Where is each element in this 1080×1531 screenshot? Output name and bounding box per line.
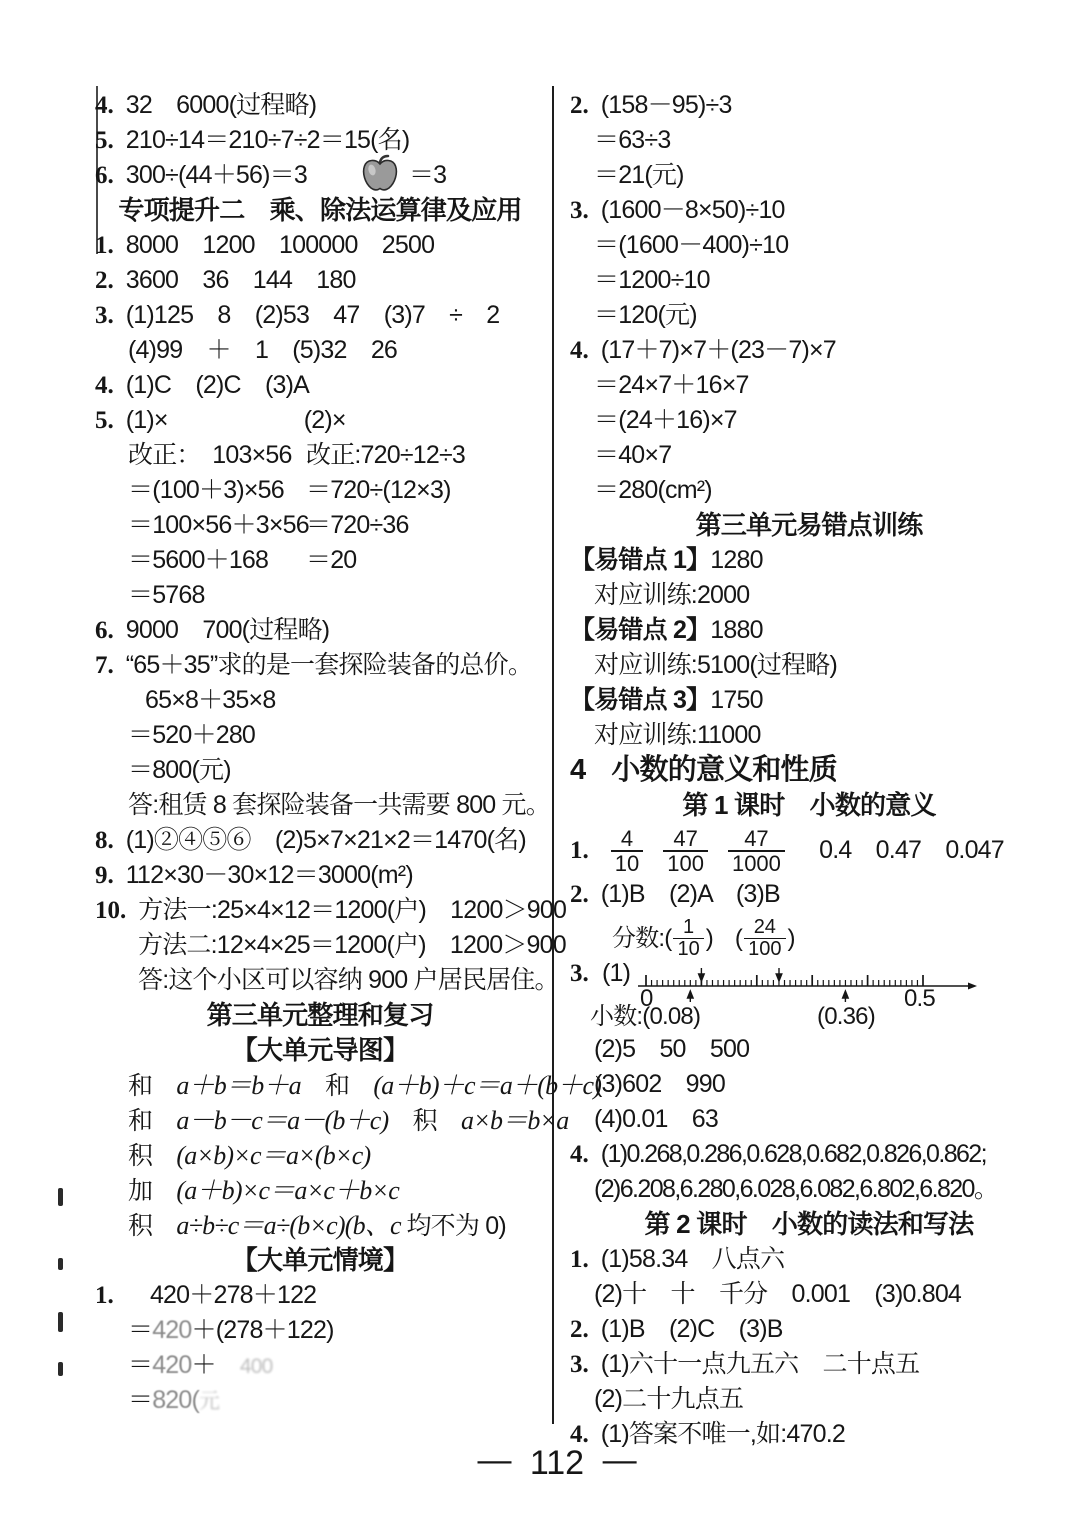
text-segment: 对应训练:11000 bbox=[594, 721, 761, 749]
page-number-dash: — bbox=[603, 1441, 637, 1479]
item-number: 3. bbox=[95, 302, 114, 329]
item-number: 5. bbox=[95, 127, 114, 154]
answer-line: 8.(1)②④⑤⑥ (2)5×7×21×2＝1470(名) bbox=[95, 823, 545, 858]
decimal-prefix-label: 小数: bbox=[590, 1003, 642, 1030]
answer-line: 对应训练:11000 bbox=[570, 718, 1048, 753]
answer-line: 对应训练:5100(过程略) bbox=[570, 648, 1048, 683]
answer-line: 和 a－b－c＝a－(b＋c) 积 a×b＝b×a bbox=[95, 1103, 545, 1138]
column-divider bbox=[552, 86, 554, 1424]
paren: ) bbox=[706, 921, 713, 956]
answer-line: ＝420＋(278＋122) bbox=[95, 1313, 545, 1348]
item-number: 5. bbox=[95, 407, 114, 434]
answer-line: 6.300÷(44＋56)＝3 ＝3 bbox=[95, 158, 545, 193]
text-segment: 0.4 0.47 0.047 bbox=[795, 836, 1004, 864]
text-segment: 对应训练:5100(过程略) bbox=[594, 651, 837, 679]
text-segment: 改正： 103×56 bbox=[128, 438, 306, 473]
text-segment: a＋b＝b＋a bbox=[176, 1071, 300, 1100]
section-heading: 专项提升二 乘、除法运算律及应用 bbox=[95, 193, 545, 228]
number-line-diagram: 3. (1) 分数:( 110 ) ( 24100 ) 0 0.5 小数:(0.… bbox=[570, 912, 1048, 1032]
chapter-title: 4小数的意义和性质 bbox=[570, 753, 1048, 788]
page-number: — 112 — bbox=[450, 1444, 664, 1483]
text-segment: 420 bbox=[152, 1351, 191, 1379]
text-segment: 【易错点 3】 bbox=[570, 686, 710, 714]
answer-line: ＝800(元) bbox=[95, 753, 545, 788]
text-segment: ＝280(cm²) bbox=[594, 476, 712, 504]
item-number: 4. bbox=[570, 1141, 589, 1168]
answer-line: 2.3600 36 144 180 bbox=[95, 263, 545, 298]
text-segment: (2)5 50 500 bbox=[594, 1035, 749, 1063]
error-point-line: 【易错点 2】1880 bbox=[570, 613, 1048, 648]
text-segment: (1)125 8 (2)53 47 (3)7 ÷ 2 bbox=[126, 301, 500, 329]
section-heading: 第三单元易错点训练 bbox=[570, 508, 1048, 543]
fraction: 110 bbox=[673, 917, 703, 960]
answer-line: 加 (a＋b)×c＝a×c＋b×c bbox=[95, 1173, 545, 1208]
text-segment: (17＋7)×7＋(23－7)×7 bbox=[601, 336, 836, 364]
answer-line: 3.(1600－8×50)÷10 bbox=[570, 193, 1048, 228]
text-segment: 积 bbox=[388, 1107, 461, 1135]
left-column: 4.32 6000(过程略)5.210÷14＝210÷7÷2＝15(名)6.30… bbox=[95, 88, 545, 1418]
answer-line: 4.32 6000(过程略) bbox=[95, 88, 545, 123]
text-segment: 第三单元易错点训练 bbox=[696, 510, 923, 540]
answer-line: 3.(1)125 8 (2)53 47 (3)7 ÷ 2 bbox=[95, 298, 545, 333]
text-segment: 专项提升二 乘、除法运算律及应用 bbox=[118, 195, 521, 225]
text-segment: ＝120(元) bbox=[594, 301, 697, 329]
text-segment: 【易错点 2】 bbox=[570, 616, 710, 644]
text-segment: (1)58.34 八点六 bbox=[601, 1245, 785, 1273]
answer-line: 4.(1)0.268,0.286,0.628,0.682,0.826,0.862… bbox=[570, 1137, 1048, 1172]
right-column-bottom: (2)5 50 500(3)602 990(4)0.01 634.(1)0.26… bbox=[570, 1032, 1048, 1452]
text-segment: (3)602 990 bbox=[594, 1070, 725, 1098]
text-segment: (2)二十九点五 bbox=[594, 1385, 743, 1413]
text-segment: ＝(100＋3)×56 bbox=[128, 473, 306, 508]
text-segment: ＝5600＋168 bbox=[128, 543, 306, 578]
item-number: 2. bbox=[570, 92, 589, 119]
item-number: 3. bbox=[570, 956, 589, 991]
item-number: 10. bbox=[95, 897, 126, 924]
text-segment: 方法一:25×4×12＝1200(户) 1200＞900 bbox=[138, 896, 566, 924]
text-segment: (4)0.01 63 bbox=[594, 1105, 718, 1133]
text-segment: 300÷(44＋56)＝3 bbox=[126, 161, 307, 189]
item-number: 6. bbox=[95, 162, 114, 189]
text-segment: (1)B (2)A (3)B bbox=[601, 880, 780, 908]
right-column-top: 2.(158－95)÷3＝63÷3＝21(元)3.(1600－8×50)÷10＝… bbox=[570, 88, 1048, 912]
text-segment: ＋ bbox=[192, 1351, 240, 1379]
text-segment: 【易错点 1】 bbox=[570, 546, 710, 574]
item-number: 1. bbox=[95, 232, 114, 259]
scan-artifact bbox=[58, 1312, 63, 1332]
text-segment: 1880 bbox=[710, 616, 762, 644]
text-segment: ＋(278＋122) bbox=[192, 1316, 334, 1344]
text-segment: 和 bbox=[128, 1072, 176, 1100]
text-segment: 9000 700(过程略) bbox=[126, 616, 330, 644]
answer-line: (4)99 ＋ 1 (5)32 26 bbox=[95, 333, 545, 368]
answer-line: ＝(100＋3)×56＝720÷(12×3) bbox=[95, 473, 545, 508]
item-number: 3. bbox=[570, 1351, 589, 1378]
text-segment: ＝520＋280 bbox=[128, 721, 255, 749]
decimal-value: (0.08) bbox=[642, 1003, 700, 1030]
page-number-value: 112 bbox=[530, 1444, 584, 1482]
answer-line: 5.210÷14＝210÷7÷2＝15(名) bbox=[95, 123, 545, 158]
subsection-heading: 【大单元导图】 bbox=[95, 1033, 545, 1068]
scan-artifact bbox=[58, 1362, 63, 1376]
text-segment: (1)六十一点九五六 二十点五 bbox=[601, 1350, 920, 1378]
answer-line: ＝280(cm²) bbox=[570, 473, 1048, 508]
text-segment: (1)C (2)C (3)A bbox=[126, 371, 309, 399]
answer-line: (2)5 50 500 bbox=[570, 1032, 1048, 1067]
text-segment: ＝(24＋16)×7 bbox=[594, 406, 737, 434]
answer-line: 改正： 103×56改正:720÷12÷3 bbox=[95, 438, 545, 473]
answer-line: 2.(1)B (2)C (3)B bbox=[570, 1312, 1048, 1347]
text-segment: (a＋b)＋c＝a＋(b＋c) bbox=[373, 1071, 601, 1100]
text-segment: 对应训练:2000 bbox=[594, 581, 749, 609]
text-segment: ＝720÷(12×3) bbox=[306, 476, 451, 504]
text-segment: 32 6000(过程略) bbox=[126, 91, 316, 119]
text-segment: (1)B (2)C (3)B bbox=[601, 1315, 783, 1343]
answer-line: 1.41047100471000 0.4 0.47 0.047 bbox=[570, 823, 1048, 877]
fraction: 410 bbox=[611, 827, 643, 875]
text-segment: 和 bbox=[301, 1072, 374, 1100]
item-number: 4. bbox=[570, 337, 589, 364]
subsection-heading: 【大单元情境】 bbox=[95, 1243, 545, 1278]
apple-icon bbox=[359, 153, 401, 193]
answer-line: ＝520＋280 bbox=[95, 718, 545, 753]
text-segment: 1280 bbox=[710, 546, 762, 574]
answer-line: 65×8＋35×8 bbox=[95, 683, 545, 718]
text-segment: (1)0.268,0.286,0.628,0.682,0.826,0.862; bbox=[601, 1140, 986, 1168]
text-segment: ＝20 bbox=[306, 546, 356, 574]
answer-line: ＝5768 bbox=[95, 578, 545, 613]
answer-line: ＝(24＋16)×7 bbox=[570, 403, 1048, 438]
answer-line: 3.(1)六十一点九五六 二十点五 bbox=[570, 1347, 1048, 1382]
text-segment: (2)6.208,6.280,6.028,6.082,6.802,6.820。 bbox=[594, 1175, 997, 1203]
answer-line: ＝5600＋168＝20 bbox=[95, 543, 545, 578]
text-segment: 和 bbox=[128, 1107, 176, 1135]
text-segment: 400 bbox=[240, 1355, 273, 1378]
answer-line: 7.“65＋35”求的是一套探险装备的总价。 bbox=[95, 648, 545, 683]
text-segment: ＝100×56＋3×56 bbox=[128, 508, 306, 543]
right-column: 2.(158－95)÷3＝63÷3＝21(元)3.(1600－8×50)÷10＝… bbox=[570, 88, 1048, 1452]
item-number: 2. bbox=[95, 267, 114, 294]
answer-line: 5.(1)×(2)× bbox=[95, 403, 545, 438]
item-number: 3. bbox=[570, 197, 589, 224]
text-segment: (2)十 十 千分 0.001 (3)0.804 bbox=[594, 1280, 961, 1308]
text-segment: ＝800(元) bbox=[128, 756, 231, 784]
answer-line: ＝40×7 bbox=[570, 438, 1048, 473]
answer-line: (4)0.01 63 bbox=[570, 1102, 1048, 1137]
text-segment: 第三单元整理和复习 bbox=[207, 1000, 434, 1030]
error-point-line: 【易错点 1】1280 bbox=[570, 543, 1048, 578]
item-number: 9. bbox=[95, 862, 114, 889]
text-segment: (1)× bbox=[126, 403, 304, 438]
decimal-value: (0.36) bbox=[817, 1004, 875, 1030]
text-segment: 820( bbox=[152, 1386, 199, 1414]
text-segment: 65×8＋35×8 bbox=[145, 686, 275, 714]
answer-line: 答:这个小区可以容纳 900 户居民居住。 bbox=[95, 963, 545, 998]
text-segment: (a＋b)×c＝a×c＋b×c bbox=[176, 1176, 399, 1205]
axis-end-label: 0.5 bbox=[904, 986, 935, 1012]
text-segment: (2)× bbox=[304, 406, 346, 434]
answer-line: 对应训练:2000 bbox=[570, 578, 1048, 613]
answer-line: 2.(158－95)÷3 bbox=[570, 88, 1048, 123]
text-segment: a×b＝b×a bbox=[461, 1106, 569, 1135]
page-number-dash: — bbox=[477, 1441, 511, 1479]
answer-line: 积 a÷b÷c＝a÷(b×c)(b、c 均不为 0) bbox=[95, 1208, 545, 1243]
text-segment: 加 bbox=[128, 1177, 176, 1205]
text-segment: 答:这个小区可以容纳 900 户居民居住。 bbox=[138, 966, 559, 994]
text-segment: ＝40×7 bbox=[594, 441, 671, 469]
text-segment: 方法二:12×4×25＝1200(户) 1200＞900 bbox=[138, 931, 566, 959]
text-segment: ＝3 bbox=[409, 161, 446, 189]
item-number: 1. bbox=[570, 837, 589, 864]
item-number: 2. bbox=[570, 881, 589, 908]
answer-line: (3)602 990 bbox=[570, 1067, 1048, 1102]
answer-line: (2)十 十 千分 0.001 (3)0.804 bbox=[570, 1277, 1048, 1312]
fraction: 24100 bbox=[744, 917, 785, 960]
error-point-line: 【易错点 3】1750 bbox=[570, 683, 1048, 718]
text-segment: 420 bbox=[152, 1316, 191, 1344]
answer-line: 和 a＋b＝b＋a 和 (a＋b)＋c＝a＋(b＋c) bbox=[95, 1068, 545, 1103]
text-segment: “65＋35”求的是一套探险装备的总价。 bbox=[126, 651, 532, 679]
text-segment: 8000 1200 100000 2500 bbox=[126, 231, 434, 259]
answer-line: 1. 420＋278＋122 bbox=[95, 1278, 545, 1313]
fraction: 47100 bbox=[663, 827, 708, 875]
text-segment: 小数的意义和性质 bbox=[611, 754, 837, 786]
answer-line: ＝420＋ 400 bbox=[95, 1348, 545, 1383]
text-segment: (1600－8×50)÷10 bbox=[601, 196, 785, 224]
answer-line: ＝100×56＋3×56＝720÷36 bbox=[95, 508, 545, 543]
text-segment: 【大单元情境】 bbox=[232, 1245, 408, 1275]
item-number: 2. bbox=[570, 1316, 589, 1343]
text-segment: (1)②④⑤⑥ (2)5×7×21×2＝1470(名) bbox=[126, 826, 526, 854]
item-number: 8. bbox=[95, 827, 114, 854]
text-segment: 1750 bbox=[710, 686, 762, 714]
text-segment: ＝5768 bbox=[128, 581, 205, 609]
item-number: 4. bbox=[95, 372, 114, 399]
fraction: 471000 bbox=[728, 827, 785, 875]
text-segment: ＝720÷36 bbox=[306, 511, 409, 539]
text-segment: ＝24×7＋16×7 bbox=[594, 371, 749, 399]
item-number: 7. bbox=[95, 652, 114, 679]
answer-line: ＝(1600－400)÷10 bbox=[570, 228, 1048, 263]
decimal-answer-label: 小数:(0.08) bbox=[590, 1004, 700, 1030]
answer-line: 4.(17＋7)×7＋(23－7)×7 bbox=[570, 333, 1048, 368]
text-segment: 第 2 课时 小数的读法和写法 bbox=[645, 1209, 974, 1239]
item-number: 6. bbox=[95, 617, 114, 644]
answer-line: ＝21(元) bbox=[570, 158, 1048, 193]
text-segment: ＝21(元) bbox=[594, 161, 684, 189]
text-segment: 答:租赁 8 套探险装备一共需要 800 元。 bbox=[128, 791, 550, 819]
text-segment: 112×30－30×12＝3000(m²) bbox=[126, 861, 413, 889]
answer-line: ＝120(元) bbox=[570, 298, 1048, 333]
text-segment: a－b－c＝a－(b＋c) bbox=[176, 1106, 388, 1135]
answer-line: 1.(1)58.34 八点六 bbox=[570, 1242, 1048, 1277]
item-number: 1. bbox=[95, 1282, 114, 1309]
text-segment: 元 bbox=[199, 1390, 219, 1413]
fraction-answer-labels: 分数:( 110 ) ( 24100 ) bbox=[612, 914, 795, 962]
answer-line: ＝1200÷10 bbox=[570, 263, 1048, 298]
answer-line: 10.方法一:25×4×12＝1200(户) 1200＞900 bbox=[95, 893, 545, 928]
answer-line: 4.(1)C (2)C (3)A bbox=[95, 368, 545, 403]
text-segment: ＝ bbox=[128, 1316, 152, 1344]
item-number: 4. bbox=[95, 92, 114, 119]
text-segment: 第 1 课时 小数的意义 bbox=[682, 790, 935, 820]
answer-line: 6.9000 700(过程略) bbox=[95, 613, 545, 648]
text-segment: ＝1200÷10 bbox=[594, 266, 710, 294]
text-segment: 210÷14＝210÷7÷2＝15(名) bbox=[126, 126, 410, 154]
lesson-heading: 第 1 课时 小数的意义 bbox=[570, 788, 1048, 823]
section-heading: 第三单元整理和复习 bbox=[95, 998, 545, 1033]
text-segment: ＝(1600－400)÷10 bbox=[594, 231, 788, 259]
answer-line: (2)二十九点五 bbox=[570, 1382, 1048, 1417]
text-segment: 4 bbox=[570, 754, 585, 786]
text-segment: 均不为 0) bbox=[406, 1212, 505, 1240]
text-segment: (158－95)÷3 bbox=[601, 91, 732, 119]
text-segment: 积 bbox=[128, 1142, 176, 1170]
text-segment: ＝ bbox=[128, 1351, 152, 1379]
text-segment: 积 bbox=[128, 1212, 176, 1240]
answer-line: (2)6.208,6.280,6.028,6.082,6.802,6.820。 bbox=[570, 1172, 1048, 1207]
text-segment: ＝63÷3 bbox=[594, 126, 670, 154]
paren: ) bbox=[788, 921, 795, 956]
scan-artifact bbox=[58, 1258, 63, 1270]
text-segment: 改正:720÷12÷3 bbox=[306, 441, 465, 469]
text-segment: a÷b÷c＝a÷(b×c)(b、c bbox=[176, 1211, 406, 1240]
answer-line: 答:租赁 8 套探险装备一共需要 800 元。 bbox=[95, 788, 545, 823]
item-number: 1. bbox=[570, 1246, 589, 1273]
text-segment: (4)99 ＋ 1 (5)32 26 bbox=[128, 336, 397, 364]
answer-line: 2.(1)B (2)A (3)B bbox=[570, 877, 1048, 912]
answer-line: 积 (a×b)×c＝a×(b×c) bbox=[95, 1138, 545, 1173]
answer-line: 1.8000 1200 100000 2500 bbox=[95, 228, 545, 263]
text-segment: 420＋278＋122 bbox=[126, 1281, 317, 1309]
answer-line: ＝24×7＋16×7 bbox=[570, 368, 1048, 403]
text-segment: 3600 36 144 180 bbox=[126, 266, 356, 294]
lesson-heading: 第 2 课时 小数的读法和写法 bbox=[570, 1207, 1048, 1242]
answer-line: ＝63÷3 bbox=[570, 123, 1048, 158]
answer-line: ＝820(元 bbox=[95, 1383, 545, 1418]
text-segment: 【大单元导图】 bbox=[232, 1035, 408, 1065]
text-segment: (a×b)×c＝a×(b×c) bbox=[176, 1141, 370, 1170]
fraction-prefix-label: 分数:( bbox=[612, 921, 671, 956]
scan-artifact bbox=[58, 1188, 63, 1206]
answer-line: 9.112×30－30×12＝3000(m²) bbox=[95, 858, 545, 893]
text-segment: ＝ bbox=[128, 1386, 152, 1414]
paren: ( bbox=[735, 921, 742, 956]
answer-line: 方法二:12×4×25＝1200(户) 1200＞900 bbox=[95, 928, 545, 963]
